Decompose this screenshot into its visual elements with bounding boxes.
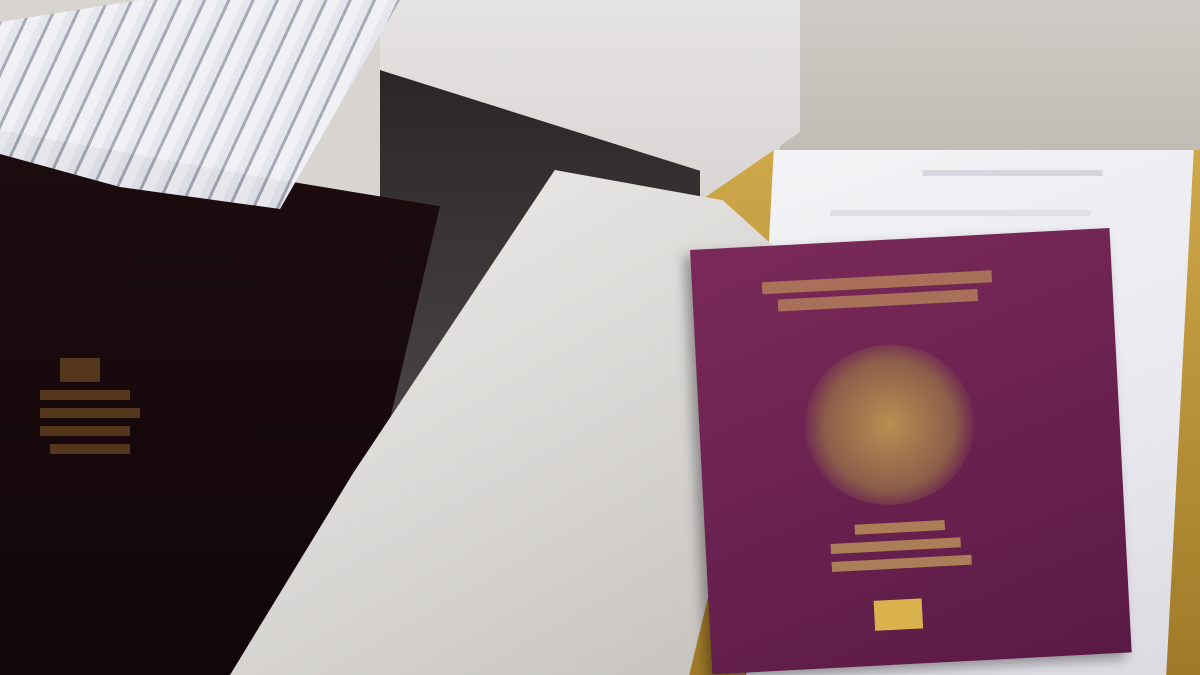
burgundy-passport	[690, 228, 1132, 674]
paper-text-line	[922, 170, 1102, 176]
passport-subtitle-text	[829, 511, 972, 580]
photo-scene: Photograph of a box filled with dark pas…	[0, 0, 1200, 675]
paper-text-line	[830, 210, 1090, 216]
biometric-chip-icon	[874, 598, 924, 630]
coat-of-arms-emblem	[800, 340, 978, 509]
passport-title-text	[761, 264, 994, 336]
passport-box	[0, 0, 800, 675]
dark-passport-emblem	[40, 350, 150, 510]
